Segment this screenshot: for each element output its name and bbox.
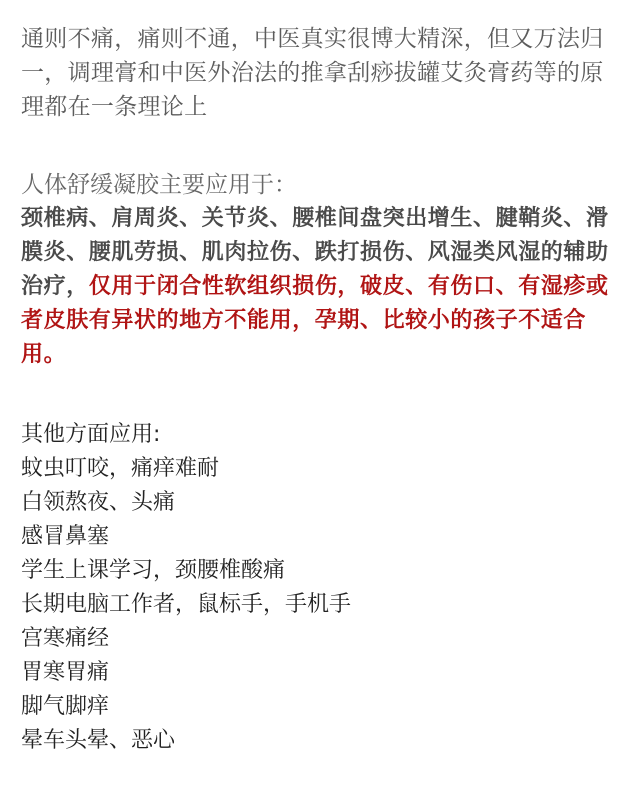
document-body: 通则不痛，痛则不通，中医真实很博大精深，但又万法归一，调理膏和中医外治法的推拿刮… bbox=[0, 0, 640, 758]
other-uses-list: 蚊虫叮咬，痛痒难耐 白领熬夜、头痛 感冒鼻塞 学生上课学习，颈腰椎酸痛 长期电脑… bbox=[21, 452, 620, 758]
spacer bbox=[21, 124, 620, 168]
main-uses-heading: 人体舒缓凝胶主要应用于： bbox=[21, 168, 620, 202]
other-uses-heading: 其他方面应用: bbox=[21, 418, 620, 452]
list-item: 蚊虫叮咬，痛痒难耐 bbox=[21, 452, 620, 486]
list-item: 宫寒痛经 bbox=[21, 622, 620, 656]
intro-paragraph: 通则不痛，痛则不通，中医真实很博大精深，但又万法归一，调理膏和中医外治法的推拿刮… bbox=[21, 20, 620, 124]
main-uses-paragraph: 颈椎病、肩周炎、关节炎、腰椎间盘突出增生、腱鞘炎、滑膜炎、腰肌劳损、肌肉拉伤、跌… bbox=[21, 202, 620, 372]
list-item: 学生上课学习，颈腰椎酸痛 bbox=[21, 554, 620, 588]
list-item: 白领熬夜、头痛 bbox=[21, 486, 620, 520]
list-item: 胃寒胃痛 bbox=[21, 656, 620, 690]
spacer bbox=[21, 372, 620, 418]
list-item: 晕车头晕、恶心 bbox=[21, 724, 620, 758]
warning-text: 仅用于闭合性软组织损伤，破皮、有伤口、有湿疹或者皮肤有异状的地方不能用，孕期、比… bbox=[21, 274, 609, 367]
list-item: 脚气脚痒 bbox=[21, 690, 620, 724]
list-item: 感冒鼻塞 bbox=[21, 520, 620, 554]
list-item: 长期电脑工作者，鼠标手，手机手 bbox=[21, 588, 620, 622]
